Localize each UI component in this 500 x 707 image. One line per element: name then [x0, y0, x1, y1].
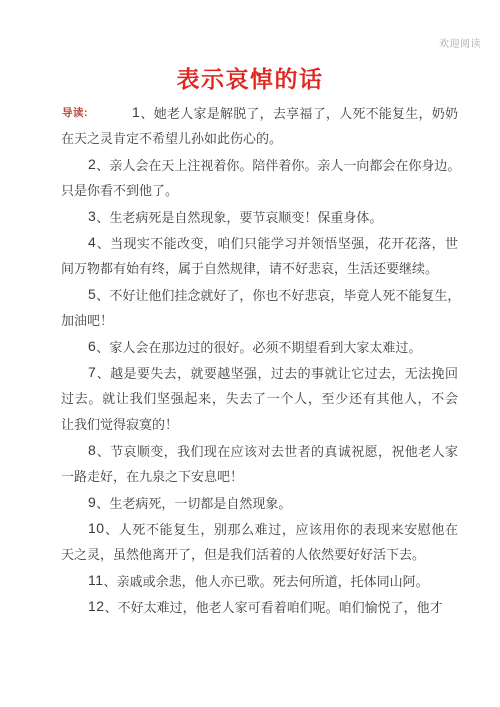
text-line: 1、她老人家是解脱了，去享福了，人死不能复生，奶奶 — [61, 100, 458, 126]
item-text: 当现实不能改变，咱们只能学习并领悟坚强，花开花落，世 — [110, 236, 458, 251]
text-line: 间万物都有始有终，属于自然规律，请不好悲哀，生活还要继续。 — [61, 256, 458, 282]
item-number: 4 — [88, 234, 96, 250]
page-title: 表示哀悼的话 — [0, 61, 500, 94]
item-text: 亲人会在天上注视着你。陪伴着你。亲人一向都会在你身边。 — [109, 158, 460, 173]
text-line: 一路走好，在九泉之下安息吧！ — [61, 464, 458, 490]
text-line: 6、家人会在那边过的很好。必须不期望看到大家太难过。 — [61, 334, 458, 360]
text-line: 3、生老病死是自然现象，要节哀顺变！保重身体。 — [61, 204, 458, 230]
item-number: 5 — [88, 286, 96, 302]
item-text: 家人会在那边过的很好。必须不期望看到大家太难过。 — [109, 340, 421, 355]
item-number-separator: 、 — [96, 366, 110, 381]
item-number-separator: 、 — [96, 496, 109, 511]
item-number: 6 — [88, 338, 96, 354]
item-number-separator: 、 — [140, 106, 153, 121]
text-line: 4、当现实不能改变，咱们只能学习并领悟坚强，花开花落，世 — [61, 230, 458, 256]
text-line: 11、亲戚或余悲，他人亦已歌。死去何所道，托体同山阿。 — [61, 568, 458, 594]
item-text: 不好太难过，他老人家可看着咱们呢。咱们愉悦了，他才 — [118, 600, 443, 615]
item-text: 节哀顺变，我们现在应该对去世者的真诚祝愿，祝他老人家 — [110, 444, 458, 459]
text-line: 8、节哀顺变，我们现在应该对去世者的真诚祝愿，祝他老人家 — [61, 438, 458, 464]
item-number-separator: 、 — [96, 444, 110, 459]
text-line: 12、不好太难过，他老人家可看着咱们呢。咱们愉悦了，他才 — [61, 594, 458, 620]
item-number-separator: 、 — [96, 288, 109, 303]
text-line: 天之灵，虽然他离开了，但是我们活着的人依然要好好活下去。 — [61, 542, 458, 568]
item-text: 越是要失去，就要越坚强，过去的事就让它过去，无法挽回 — [110, 366, 458, 381]
item-number: 8 — [88, 442, 96, 458]
header-watermark: 欢迎阅读 — [439, 35, 481, 50]
item-text: 生老病死是自然现象，要节哀顺变！保重身体。 — [109, 210, 382, 225]
item-number: 2 — [88, 156, 96, 172]
text-line: 让我们觉得寂寞的！ — [61, 412, 458, 438]
item-number: 11 — [88, 572, 104, 588]
text-line: 7、越是要失去，就要越坚强，过去的事就让它过去，无法挽回 — [61, 360, 458, 386]
text-line: 加油吧！ — [61, 308, 458, 334]
item-number-separator: 、 — [96, 236, 110, 251]
item-text: 她老人家是解脱了，去享福了，人死不能复生，奶奶 — [154, 106, 458, 121]
item-number: 1 — [132, 104, 140, 120]
item-number-separator: 、 — [104, 574, 117, 589]
item-number: 12 — [88, 598, 105, 614]
item-number-separator: 、 — [105, 522, 119, 537]
text-line: 只是你看不到他了。 — [61, 178, 458, 204]
item-number: 9 — [88, 494, 96, 510]
text-line: 在天之灵肯定不希望儿孙如此伤心的。 — [61, 126, 458, 152]
text-line: 9、生老病死，一切都是自然现象。 — [61, 490, 458, 516]
text-line: 2、亲人会在天上注视着你。陪伴着你。亲人一向都会在你身边。 — [61, 152, 458, 178]
text-line: 5、不好让他们挂念就好了，你也不好悲哀，毕竟人死不能复生， — [61, 282, 458, 308]
document-page: 欢迎阅读 表示哀悼的话 导读: 1、她老人家是解脱了，去享福了，人死不能复生，奶… — [0, 0, 500, 707]
item-text: 亲戚或余悲，他人亦已歌。死去何所道，托体同山阿。 — [117, 574, 429, 589]
item-text: 生老病死，一切都是自然现象。 — [109, 496, 291, 511]
item-number-separator: 、 — [105, 600, 118, 615]
item-number-separator: 、 — [96, 158, 109, 173]
text-line: 10、人死不能复生，别那么难过，应该用你的表现来安慰他在 — [61, 516, 458, 542]
item-text: 人死不能复生，别那么难过，应该用你的表现来安慰他在 — [119, 522, 458, 537]
item-number-separator: 、 — [96, 210, 109, 225]
condolence-list: 1、她老人家是解脱了，去享福了，人死不能复生，奶奶在天之灵肯定不希望儿孙如此伤心… — [61, 100, 458, 620]
item-text: 不好让他们挂念就好了，你也不好悲哀，毕竟人死不能复生， — [109, 288, 460, 303]
text-line: 过去。就让我们坚强起来，失去了一个人，至少还有其他人，不会 — [61, 386, 458, 412]
item-number: 3 — [88, 208, 96, 224]
item-number: 10 — [88, 520, 105, 536]
item-number: 7 — [88, 364, 96, 380]
item-number-separator: 、 — [96, 340, 109, 355]
